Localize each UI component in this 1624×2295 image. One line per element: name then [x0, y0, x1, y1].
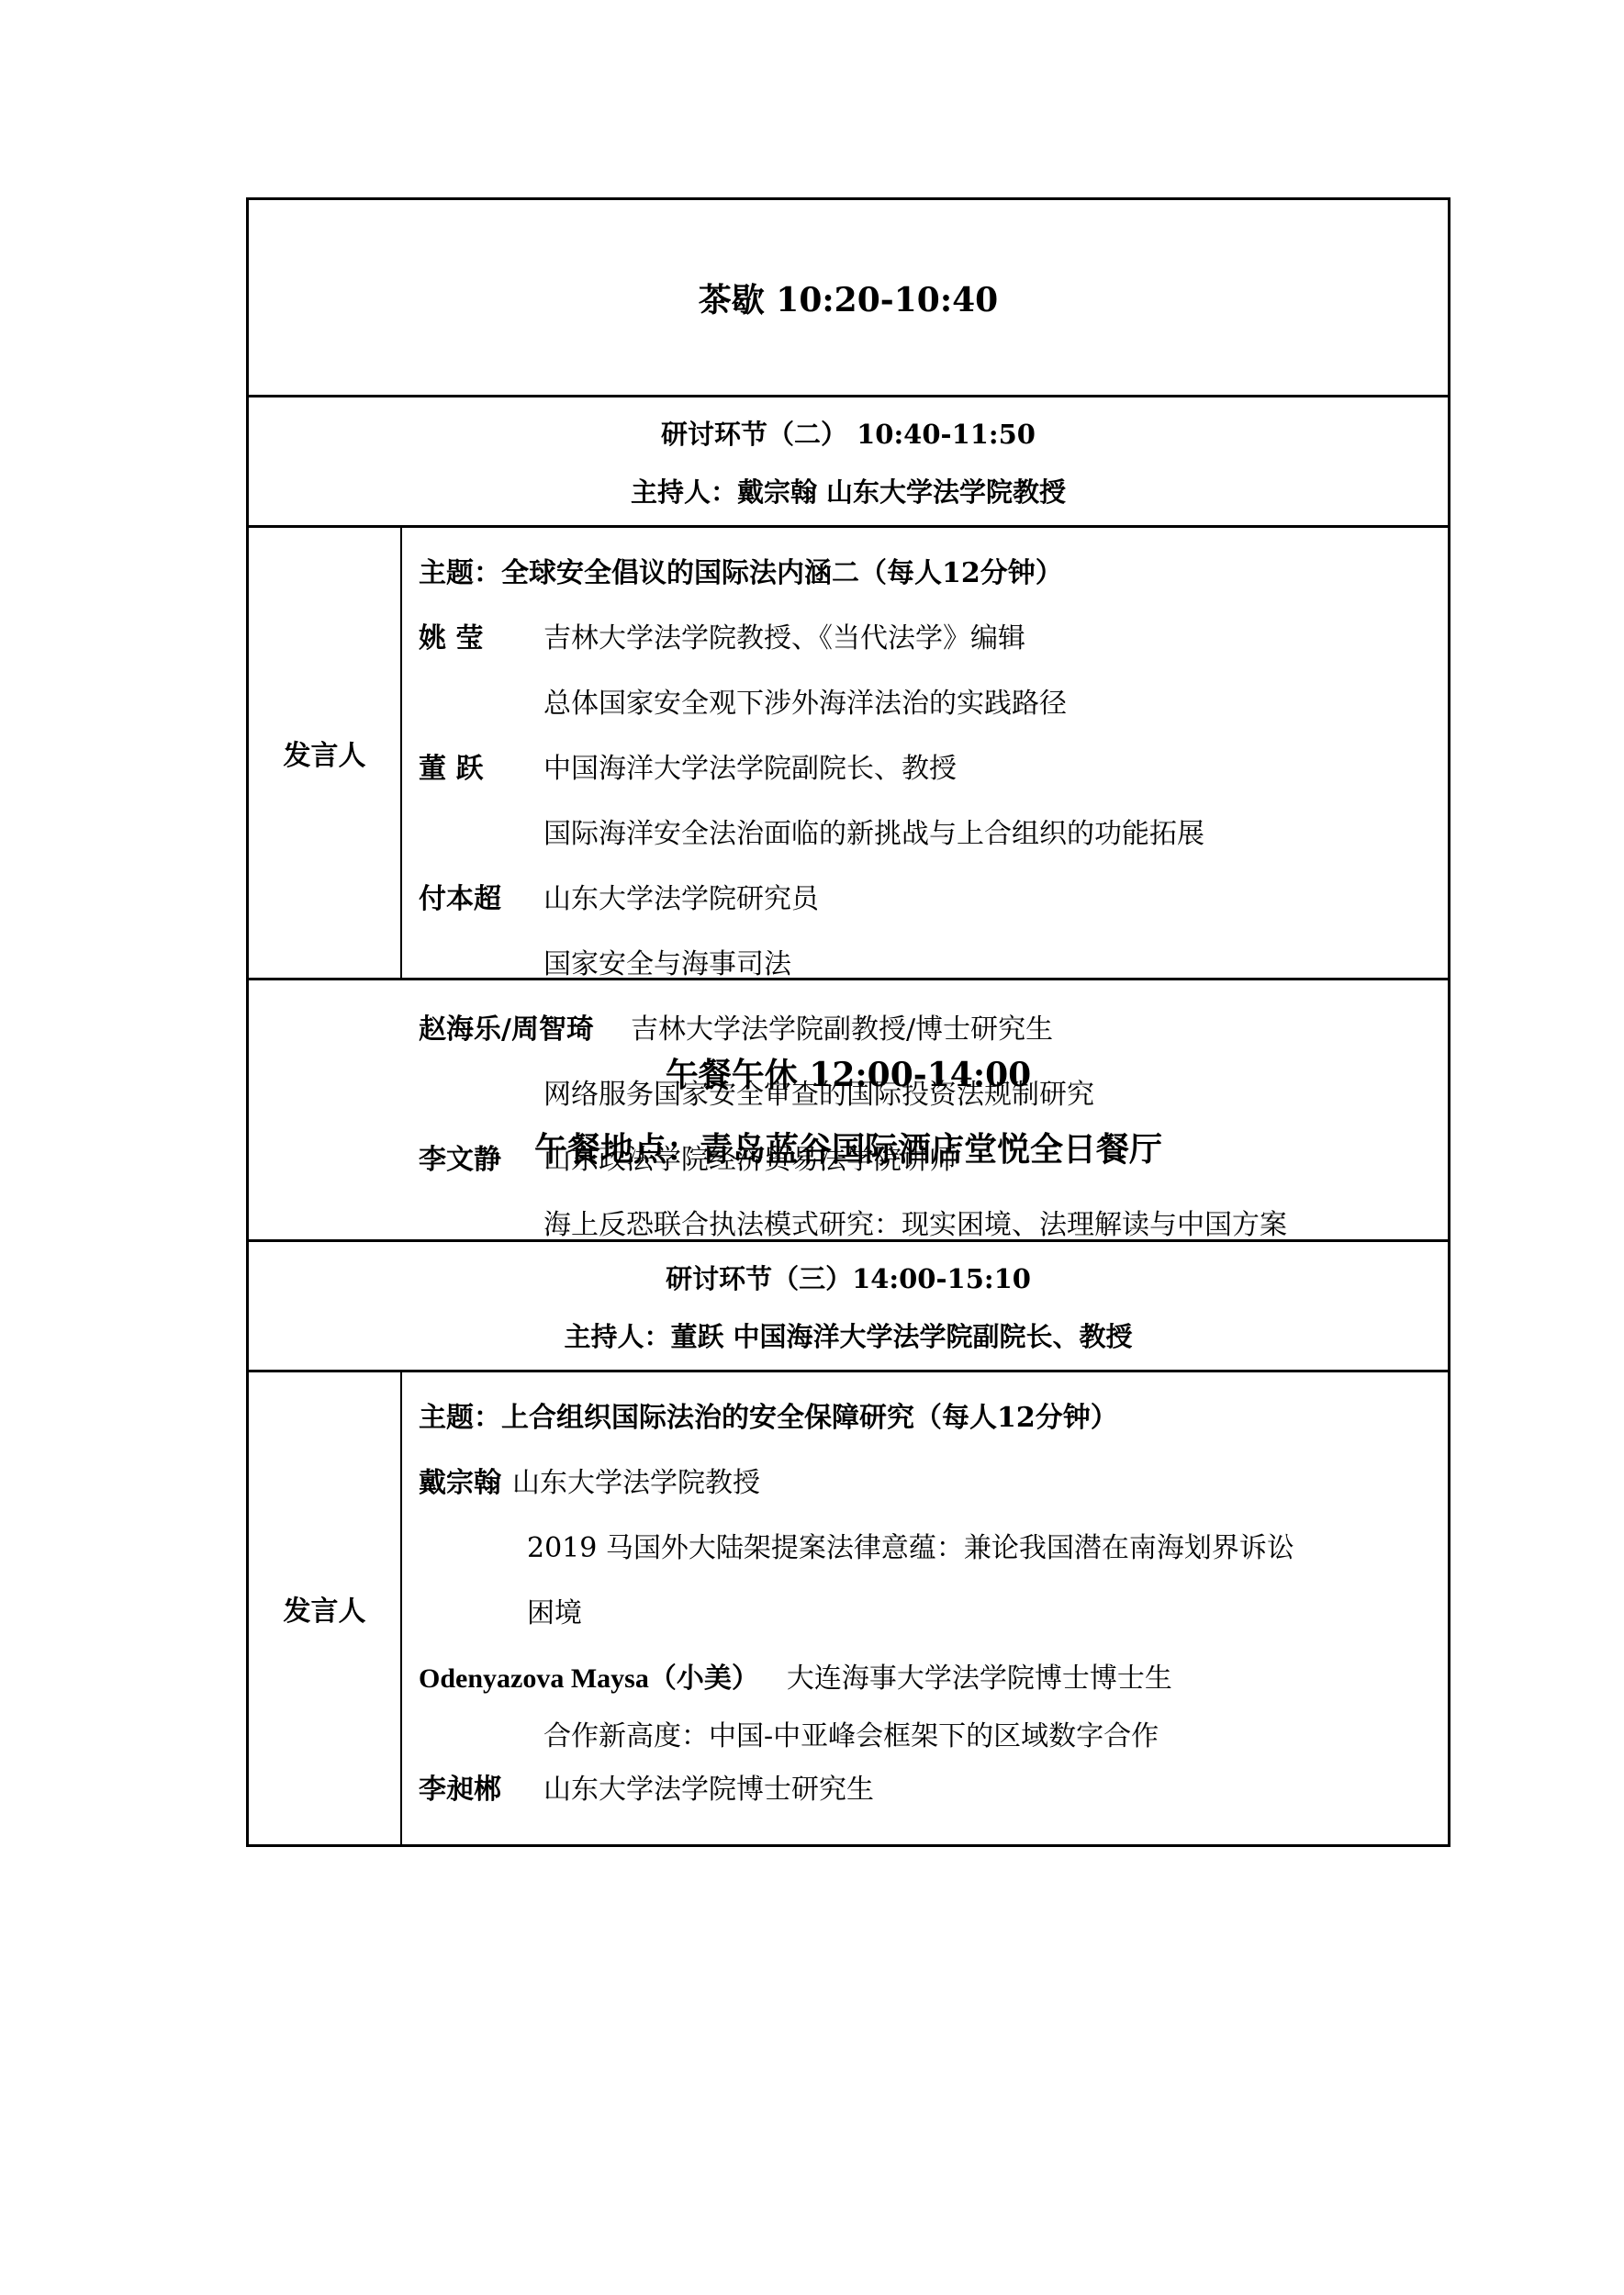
session2-host: 主持人：戴宗翰 山东大学法学院教授 [631, 472, 1066, 509]
session3-title: 研讨环节（三）14:00-15:10 [666, 1259, 1031, 1296]
session3-topic: 主题：上合组织国际法治的安全保障研究（每人12分钟） [419, 1385, 1448, 1450]
speaker-affiliation: 大连海事大学法学院博士博士生 [787, 1662, 1172, 1695]
schedule-table: 茶歇 10:20-10:40 研讨环节（二） 10:40-11:50 主持人：戴… [246, 197, 1450, 1847]
session2-speakers-row: 发言人 主题：全球安全倡议的国际法内涵二（每人12分钟） 姚 莹吉林大学法学院教… [249, 525, 1448, 978]
speaker-entry: 戴宗翰山东大学法学院教授 [419, 1450, 1448, 1516]
tea-break-row: 茶歇 10:20-10:40 [249, 200, 1448, 395]
speakers-label: 发言人 [249, 528, 402, 978]
speaker-affiliation: 中国海洋大学法学院副院长、教授 [543, 753, 957, 785]
speaker-name: Odenyazova Maysa（小美） [419, 1646, 759, 1711]
speaker-name: 戴宗翰 [419, 1450, 501, 1516]
session2-title: 研讨环节（二） 10:40-11:50 [661, 414, 1036, 452]
lunch-location: 午餐地点：青岛蓝谷国际酒店堂悦全日餐厅 [534, 1124, 1162, 1170]
speaker-talk: 2019 马国外大陆架提案法律意蕴：兼论我国潜在南海划界诉讼 [419, 1516, 1448, 1581]
speaker-entry: 付本超山东大学法学院研究员 [419, 867, 1448, 932]
tea-break-title: 茶歇 10:20-10:40 [699, 274, 998, 321]
speaker-name: 李昶郴 [419, 1763, 543, 1818]
speaker-talk-cont: 困境 [419, 1581, 1448, 1646]
speaker-entry: 董 跃中国海洋大学法学院副院长、教授 [419, 736, 1448, 801]
session3-header-row: 研讨环节（三）14:00-15:10 主持人：董跃 中国海洋大学法学院副院长、教… [249, 1239, 1448, 1370]
session3-speakers-row: 发言人 主题：上合组织国际法治的安全保障研究（每人12分钟） 戴宗翰山东大学法学… [249, 1370, 1448, 1844]
session3-host: 主持人：董跃 中国海洋大学法学院副院长、教授 [564, 1316, 1132, 1354]
speaker-entry: 李昶郴山东大学法学院博士研究生 [419, 1763, 1448, 1818]
session2-speakers: 主题：全球安全倡议的国际法内涵二（每人12分钟） 姚 莹吉林大学法学院教授、《当… [402, 528, 1448, 978]
speaker-affiliation: 山东大学法学院博士研究生 [543, 1774, 874, 1806]
speaker-affiliation: 山东大学法学院研究员 [543, 883, 819, 915]
session3-speakers: 主题：上合组织国际法治的安全保障研究（每人12分钟） 戴宗翰山东大学法学院教授 … [402, 1372, 1448, 1844]
speaker-talk: 合作新高度：中国-中亚峰会框架下的区域数字合作 [419, 1711, 1448, 1763]
lunch-row: 午餐午休 12:00-14:00 午餐地点：青岛蓝谷国际酒店堂悦全日餐厅 [249, 978, 1448, 1239]
speaker-talk: 总体国家安全观下涉外海洋法治的实践路径 [419, 671, 1448, 736]
speaker-affiliation: 山东大学法学院教授 [512, 1467, 760, 1499]
session2-topic: 主题：全球安全倡议的国际法内涵二（每人12分钟） [419, 541, 1448, 606]
speaker-name: 付本超 [419, 867, 543, 932]
session2-header-row: 研讨环节（二） 10:40-11:50 主持人：戴宗翰 山东大学法学院教授 [249, 395, 1448, 525]
speakers-label: 发言人 [249, 1372, 402, 1844]
speaker-name: 董 跃 [419, 736, 543, 801]
speaker-affiliation: 吉林大学法学院教授、《当代法学》编辑 [543, 622, 1025, 655]
speaker-entry: Odenyazova Maysa（小美）大连海事大学法学院博士博士生 [419, 1646, 1448, 1711]
speaker-name: 姚 莹 [419, 606, 543, 671]
speaker-talk: 国际海洋安全法治面临的新挑战与上合组织的功能拓展 [419, 801, 1448, 867]
speaker-entry: 姚 莹吉林大学法学院教授、《当代法学》编辑 [419, 606, 1448, 671]
lunch-title: 午餐午休 12:00-14:00 [666, 1049, 1031, 1096]
